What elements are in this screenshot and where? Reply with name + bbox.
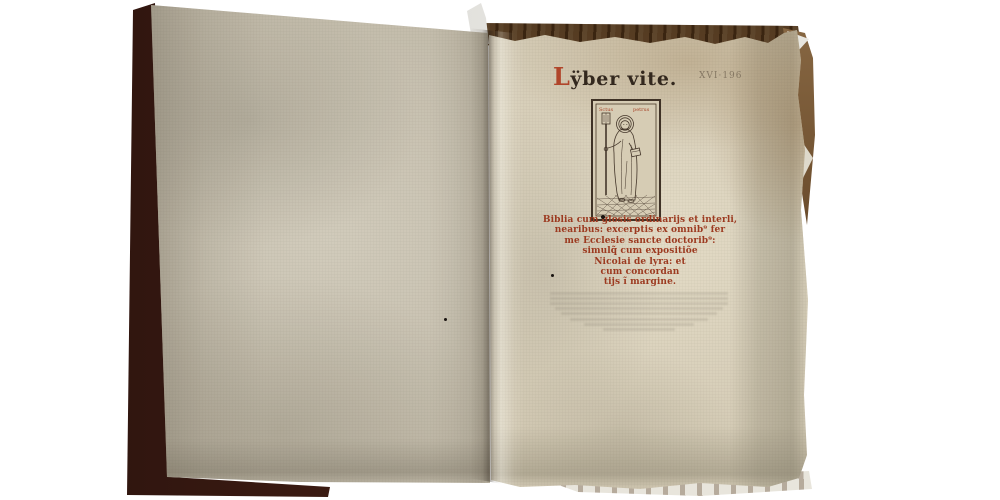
showthrough-line bbox=[550, 292, 728, 295]
wormhole bbox=[551, 274, 554, 277]
wormhole bbox=[601, 215, 605, 219]
imprint-line: Biblia cum glosis ordinarijs et interli, bbox=[538, 215, 742, 225]
wormhole bbox=[444, 318, 447, 321]
imprint-line: simulq̃ cum expositiõe bbox=[538, 246, 742, 256]
shelfmark: XVI·196 bbox=[699, 71, 743, 81]
imprint-line: Nicolai de lyra: et bbox=[538, 257, 742, 267]
showthrough-line bbox=[561, 312, 718, 315]
imprint-line: tijs ĩ margine. bbox=[538, 277, 742, 287]
imprint-text: Biblia cum glosis ordinarijs et interli,… bbox=[538, 215, 742, 288]
imprint-line: me Ecclesie sancte doctorib⁹: bbox=[538, 236, 742, 246]
woodcut-caption-right: petrus bbox=[633, 107, 650, 113]
book-photo: Lÿber vite. XVI·196 Sctus petrus bbox=[0, 0, 1000, 500]
showthrough-line bbox=[584, 323, 694, 326]
showthrough-line bbox=[550, 302, 728, 305]
woodcut-caption-left: Sctus bbox=[599, 107, 613, 113]
showthrough-line bbox=[550, 297, 728, 300]
showthrough-line bbox=[570, 318, 709, 321]
showthrough-line bbox=[603, 328, 674, 331]
imprint-line: cum concordan bbox=[538, 267, 742, 277]
page-title: Lÿber vite. bbox=[553, 62, 793, 91]
showthrough-line bbox=[555, 307, 722, 310]
imprint-line: nearibus: excerptis ex omnib⁹ fer bbox=[538, 225, 742, 235]
title-initial: L bbox=[553, 62, 570, 91]
saint-peter-woodcut-icon: Sctus petrus bbox=[591, 99, 661, 221]
title-text: ÿber vite. bbox=[570, 68, 677, 90]
showthrough-text bbox=[550, 290, 728, 333]
